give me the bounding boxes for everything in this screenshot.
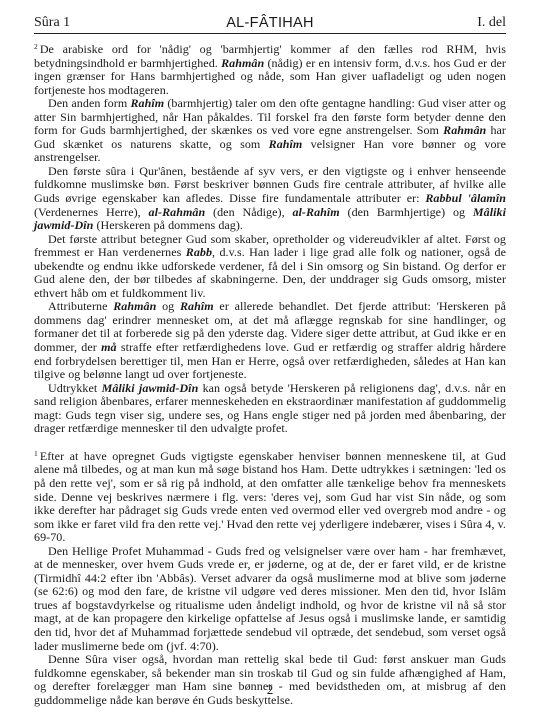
text-run: (Herskeren på dommens dag). <box>93 218 243 232</box>
text-run: Attributerne <box>48 299 113 313</box>
paragraph: Udtrykket Mâliki jawmid-Dîn kan også bet… <box>34 382 506 436</box>
paragraph: Den første sûra i Qur'ânen, bestående af… <box>34 165 506 233</box>
footnote-marker: 1 <box>34 449 38 458</box>
document-page: Sûra 1 AL-FÂTIHAH I. del 2De arabiske or… <box>34 0 506 712</box>
italic-term: Rahîm <box>269 137 303 151</box>
text-run: (den Nådige), <box>205 205 292 219</box>
italic-term: Rabbul 'âlamîn <box>425 191 506 205</box>
italic-term: Rahmân <box>113 299 156 313</box>
italic-term: Mâliki jawmid-Dîn <box>102 381 199 395</box>
header-rule <box>34 33 506 34</box>
paragraph: 1Efter at have opregnet Guds vigtigste e… <box>34 447 506 545</box>
text-run: (Verdenernes Herre), <box>34 205 149 219</box>
italic-term: må <box>101 340 117 354</box>
italic-term: Rahmân <box>221 56 264 70</box>
italic-term: Rahîm <box>130 96 164 110</box>
paragraph: Det første attribut betegner Gud som ska… <box>34 233 506 301</box>
italic-term: Rahmân <box>443 123 486 137</box>
text-run: Den Hellige Profet Muhammad - Guds fred … <box>34 544 506 653</box>
text-run: Udtrykket <box>48 381 102 395</box>
italic-term: al-Rahîm <box>292 205 339 219</box>
text-run: Efter at have opregnet Guds vigtigste eg… <box>34 449 506 544</box>
text-run: (den Barmhjertige) og <box>340 205 473 219</box>
paragraph: Den anden form Rahîm (barmhjertig) taler… <box>34 97 506 165</box>
header-chapter-title: AL-FÂTIHAH <box>34 14 506 32</box>
text-run: Denne Sûra viser også, hvordan man rette… <box>34 652 506 707</box>
text-run: Den anden form <box>48 96 130 110</box>
text-run: og <box>156 299 180 313</box>
running-header: Sûra 1 AL-FÂTIHAH I. del <box>34 14 506 32</box>
italic-term: Rahîm <box>180 299 214 313</box>
header-part-label: I. del <box>477 14 506 32</box>
paragraph: Den Hellige Profet Muhammad - Guds fred … <box>34 545 506 653</box>
section-gap <box>34 436 506 447</box>
footnote-2-block: 2De arabiske ord for 'nådig' og 'barmhje… <box>34 40 506 436</box>
paragraph: Attributerne Rahmân og Rahîm er allerede… <box>34 300 506 381</box>
paragraph: Denne Sûra viser også, hvordan man rette… <box>34 653 506 707</box>
paragraph: 2De arabiske ord for 'nådig' og 'barmhje… <box>34 40 506 97</box>
italic-term: al-Rahmân <box>149 205 206 219</box>
page-body: 2De arabiske ord for 'nådig' og 'barmhje… <box>34 40 506 707</box>
italic-term: Rabb <box>186 245 212 259</box>
page-number: 2 <box>34 682 506 698</box>
footnote-marker: 2 <box>34 42 38 51</box>
footnote-1-block: 1Efter at have opregnet Guds vigtigste e… <box>34 447 506 707</box>
